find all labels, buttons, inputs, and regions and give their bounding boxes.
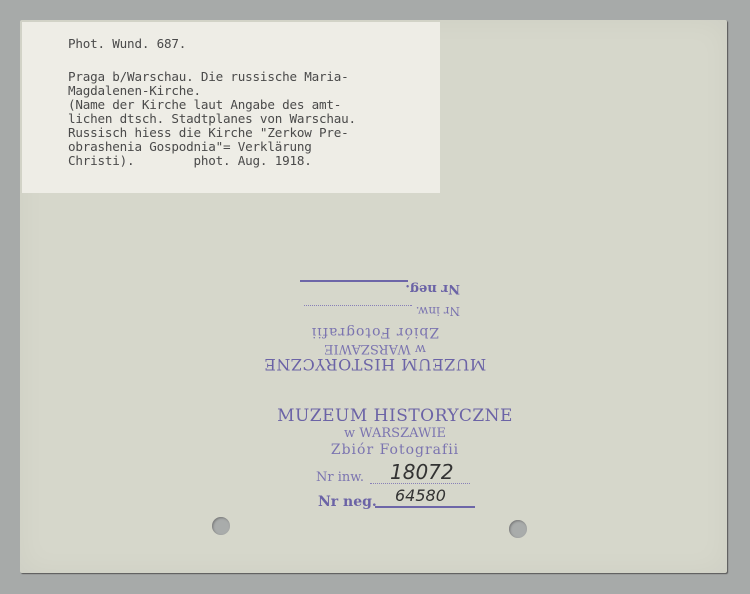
typed-label: Phot. Wund. 687. Praga b/Warschau. Die r… (22, 22, 440, 193)
stamp-inv-label: Nr inw. (316, 470, 364, 485)
stamp-city: w WARSZAWIE (240, 341, 510, 356)
stamp-neg-label: Nr neg. (405, 281, 460, 296)
stamp-inv-label: Nr inw. (416, 304, 460, 318)
label-line: lichen dtsch. Stadtplanes von Warschau. (68, 112, 356, 126)
label-line: (Name der Kirche laut Angabe des amt- (68, 98, 341, 112)
stamp-museum-name: MUZEUM HISTORYCZNE (240, 355, 510, 374)
inverted-museum-stamp: MUZEUM HISTORYCZNE w WARSZAWIE Zbiór Fot… (230, 258, 520, 376)
stamp-collection: Zbiór Fotografii (250, 442, 540, 458)
label-line: Magdalenen-Kirche. (68, 84, 201, 98)
handwritten-neg-number: 64580 (395, 486, 446, 505)
label-ref: Phot. Wund. 687. (68, 37, 186, 51)
museum-stamp: MUZEUM HISTORYCZNE w WARSZAWIE Zbiór Fot… (250, 400, 540, 520)
neg-line (375, 506, 475, 508)
inv-line (304, 305, 412, 306)
stamp-neg-label: Nr neg. (318, 494, 377, 510)
label-line: obrashenia Gospodnia"= Verklärung (68, 140, 312, 154)
stamp-city: w WARSZAWIE (250, 426, 540, 441)
punch-hole-right (509, 520, 527, 538)
handwritten-inv-number: 18072 (390, 460, 454, 484)
label-line: Christi). phot. Aug. 1918. (68, 154, 312, 168)
label-line: Russisch hiess die Kirche "Zerkow Pre- (68, 126, 349, 140)
punch-hole-left (212, 517, 230, 535)
stamp-museum-name: MUZEUM HISTORYCZNE (250, 406, 540, 426)
neg-line (300, 280, 408, 282)
stamp-collection: Zbiór Fotografii (240, 324, 510, 340)
label-line: Praga b/Warschau. Die russische Maria- (68, 70, 349, 84)
